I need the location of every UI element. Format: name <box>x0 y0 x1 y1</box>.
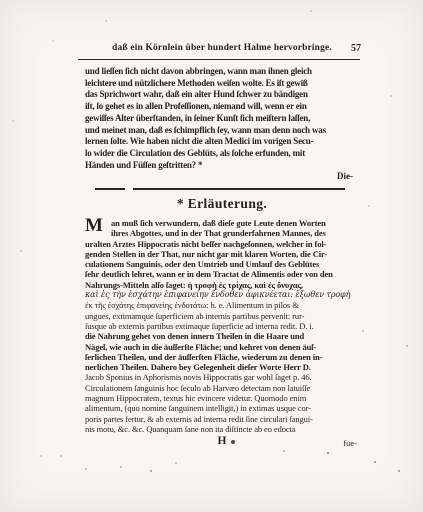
section-divider-rule <box>85 188 359 190</box>
text-line: Jacob Sponius in Aphorismis novis Hippoc… <box>85 372 359 382</box>
section-heading: * Erläuterung. <box>85 196 359 212</box>
text-line: uralten Arztes Hippocratis nicht beſſer … <box>85 239 359 249</box>
scan-noise-speckles <box>0 0 2 2</box>
text-line: ſehr deutlich lehret, wann er in dem Tra… <box>85 269 359 279</box>
explanation-paragraph: M an muß ſich verwundern, daß dieſe gute… <box>85 218 359 434</box>
scanned-book-page: daß ein Körnlein über hundert Halme herv… <box>0 0 423 512</box>
running-head: daß ein Körnlein über hundert Halme herv… <box>85 43 359 57</box>
text-line: Händen und Füſſen geſtritten? * <box>85 160 359 172</box>
page-number: 57 <box>351 43 361 54</box>
text-line: Circulationem ſanguinis hoc ſeculo ab Ha… <box>85 383 359 393</box>
gathering-signature-mark: H <box>85 435 359 447</box>
text-line: ſusque ab externis partibus extimaque ſu… <box>85 321 359 331</box>
text-line: lo wider die Circulation des Geblüts, al… <box>85 148 359 160</box>
catchword-main: Die- <box>85 171 359 181</box>
text-line: ungues, extimamque ſuperficiem ab intern… <box>85 311 359 321</box>
text-line: die Nahrung gehet von denen innern Theil… <box>85 331 359 341</box>
text-line: und lieſſen ſich nicht davon abbringen, … <box>85 66 359 78</box>
header-rule <box>78 59 360 60</box>
text-line: magnum Hippocratem, textus hic evincere … <box>85 393 359 403</box>
text-line: genden Stellen in der That, nur nicht ga… <box>85 249 359 259</box>
text-line: iſt, ſo gehet es in allen Profeſſionen, … <box>85 101 359 113</box>
text-line: leichtere und nützlichere Methoden weiſe… <box>85 78 359 90</box>
divider-long-segment <box>133 188 345 190</box>
drop-cap-initial: M <box>85 216 103 236</box>
text-line: ſerlichen Theilen, und der äuſſerſten Fl… <box>85 352 359 362</box>
text-line: nis motu, &c. &c. Quanquam ſane non ita … <box>85 424 359 434</box>
explanation-lines: an muß ſich verwundern, daß dieſe gute L… <box>85 218 359 434</box>
text-line: an muß ſich verwundern, daß dieſe gute L… <box>85 218 359 228</box>
text-line: ihres Abgottes, und in der That grunderf… <box>85 228 359 238</box>
text-line: nerlichen Theilen. Dahero bey Gelegenhei… <box>85 362 359 372</box>
paragraph-continuation: und lieſſen ſich nicht davon abbringen, … <box>85 66 359 171</box>
text-line: ἐκ τῆς ἐσχάτης ἐπιφανείης ἐνδοτάτω: h. e… <box>85 300 359 310</box>
running-head-title: daß ein Körnlein über hundert Halme herv… <box>85 43 359 53</box>
text-line: alimentum, (quo nomine ſanguinem intelli… <box>85 403 359 413</box>
catchword-footnote: fue- <box>343 438 357 448</box>
text-line: Nägel, wie auch in die äuſſerſte Fläche;… <box>85 342 359 352</box>
text-line: und meinet man, daß es ſchimpflich ſey, … <box>85 125 359 137</box>
text-line: poris partes fertur, & ab externis ad in… <box>85 414 359 424</box>
text-line: culationem Sanguinis, oder den Umtrieb u… <box>85 259 359 269</box>
text-line: Nahrungs-Mitteln alſo ſaget: ἡ τροφὴ ἐς … <box>85 280 359 290</box>
divider-short-segment <box>95 188 125 190</box>
text-line: καὶ ἐς τὴν ἐσχάτην ἐπιφανείην ἔνδοθεν ἀφ… <box>85 290 359 300</box>
text-line: das Sprichwort wahr, daß ein alter Hund … <box>85 89 359 101</box>
signature-line: H fue- <box>85 435 359 449</box>
text-line: lernen ſolte. Wie haben nicht die alten … <box>85 136 359 148</box>
text-line: gewiſſes Alter überſtanden, in ſeiner Ku… <box>85 113 359 125</box>
